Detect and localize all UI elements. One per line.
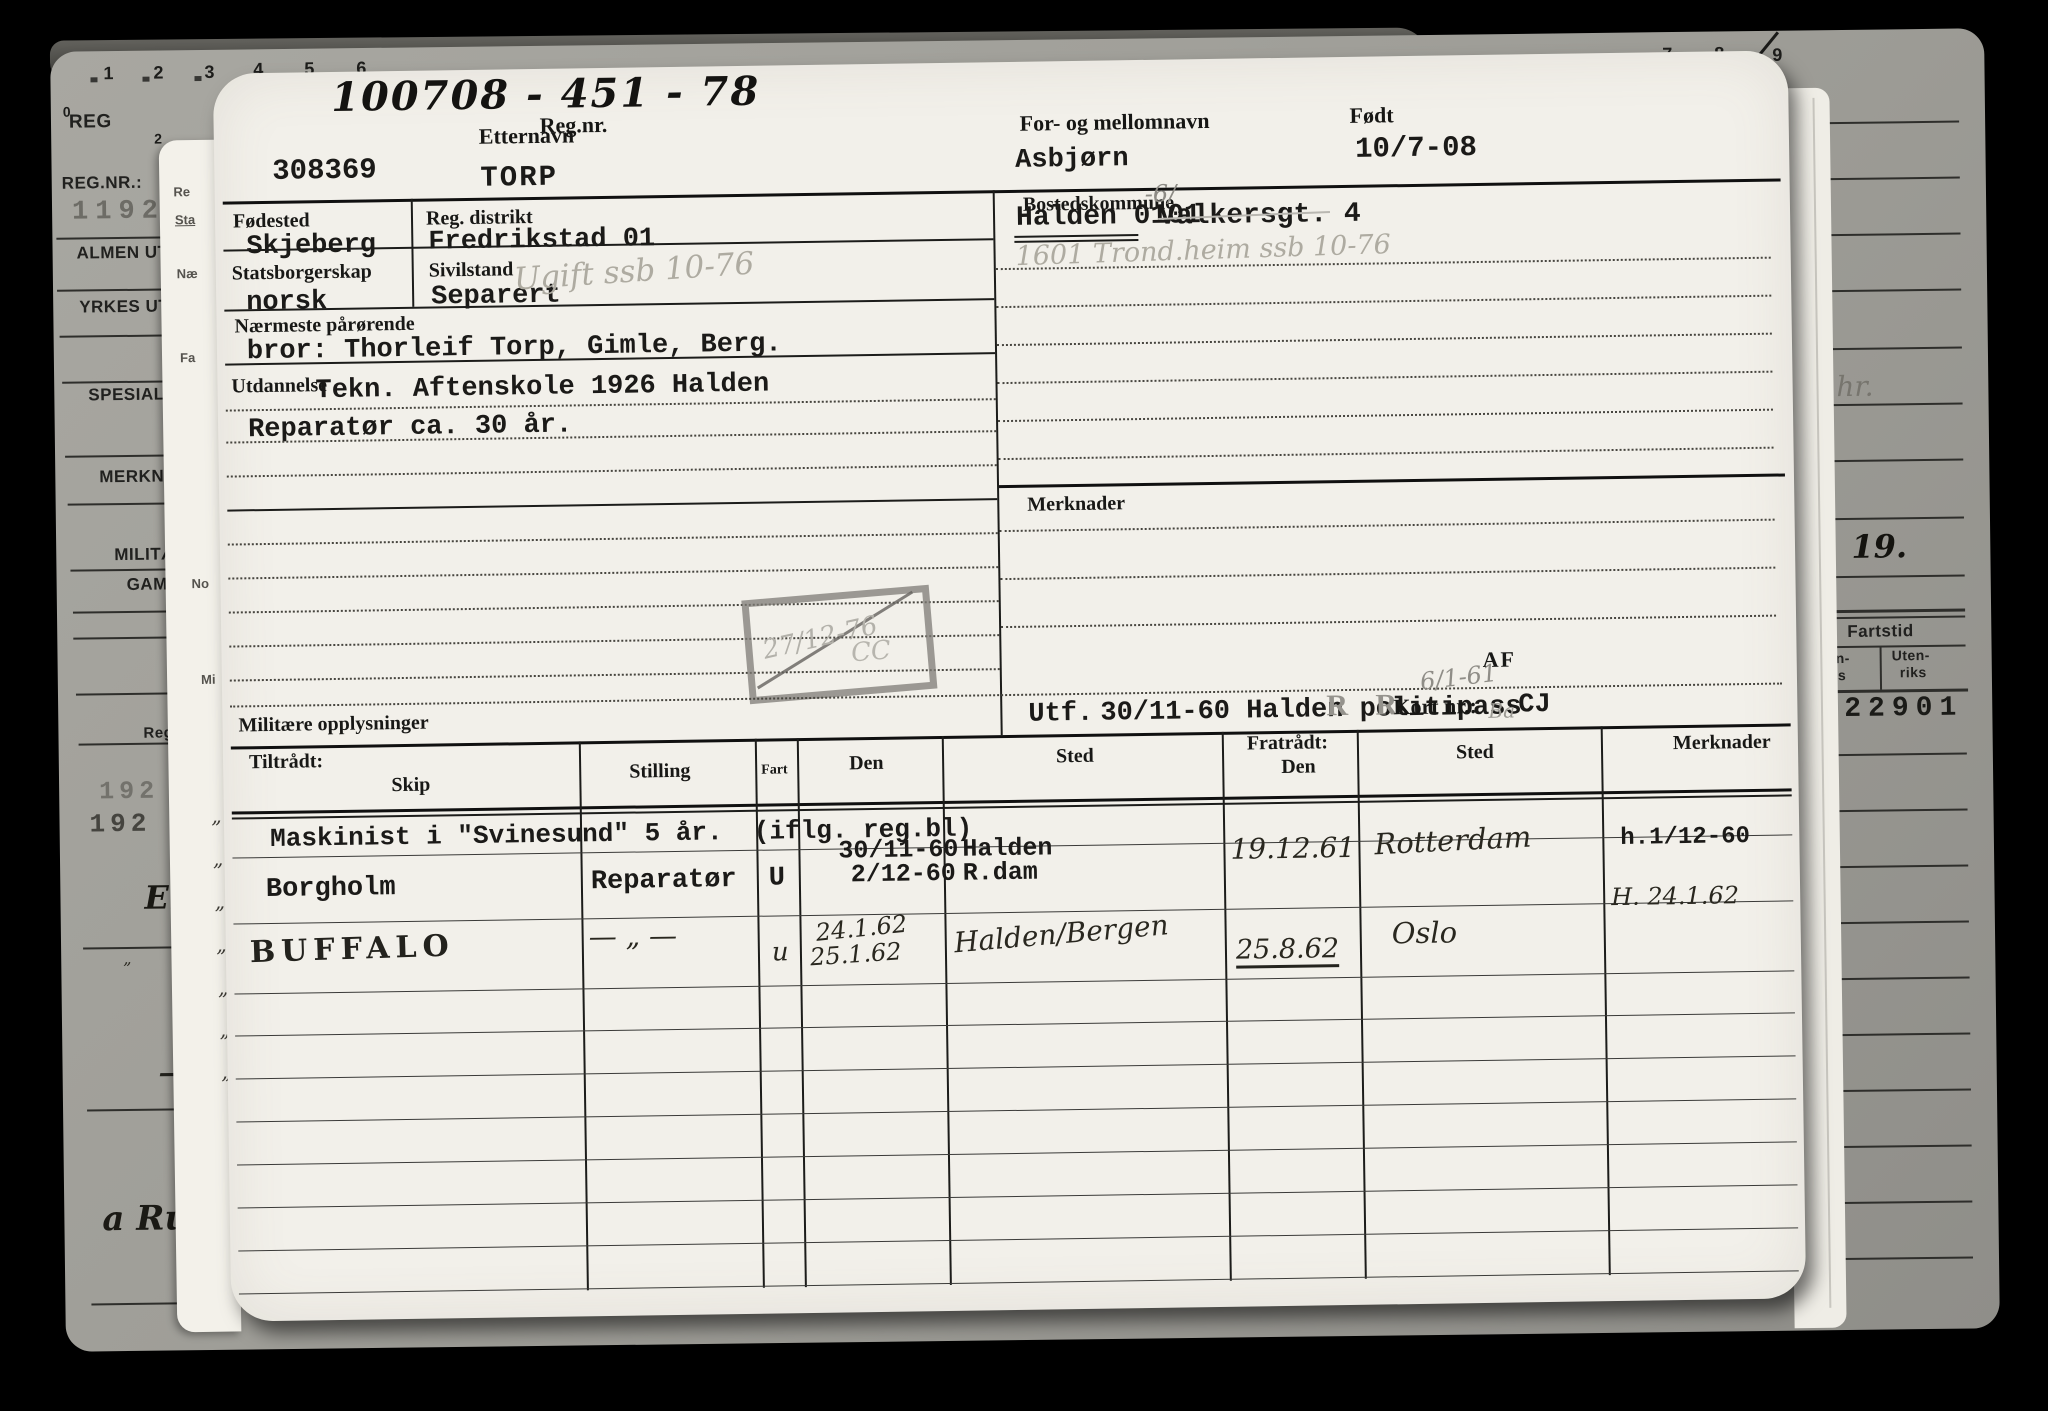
- rule: [238, 1227, 1798, 1251]
- table-cell-frasted: Oslo: [1391, 915, 1457, 950]
- rule: [1833, 616, 1965, 620]
- rule: [224, 298, 994, 311]
- rule: [1835, 575, 1965, 579]
- rule: [232, 788, 1792, 814]
- col-header-sted2: Sted: [1456, 741, 1494, 765]
- rule: [60, 334, 172, 337]
- sliver-label: Sta: [175, 212, 195, 227]
- ditto-mark: „: [213, 847, 224, 871]
- col-header-skip: Skip: [391, 774, 430, 798]
- ditto-mark: „: [123, 949, 132, 968]
- rule: [1840, 976, 1970, 980]
- table-cell-fart: u: [772, 937, 789, 967]
- utdannelse-line1: Tekn. Aftenskole 1926 Halden: [315, 370, 769, 407]
- rule: [1842, 1144, 1972, 1148]
- statsborgerskap-label: Statsborgerskap: [232, 260, 372, 285]
- table-cell-merknad-hw: H. 24.1.62: [1611, 881, 1739, 911]
- rule: [1833, 609, 1965, 614]
- rule: [237, 1141, 1797, 1165]
- col-header-sted: Sted: [1056, 745, 1094, 769]
- ruler-number: 1: [103, 63, 113, 84]
- pencil-date: 6/1-61: [1419, 659, 1499, 696]
- etternavn-label: Etternavn: [479, 122, 575, 149]
- fodested-value: Skjeberg: [246, 230, 376, 262]
- rule: [1838, 864, 1968, 868]
- rule: [227, 498, 997, 511]
- mellomnavn-value: Asbjørn: [1015, 144, 1129, 176]
- merknader-label: Merknader: [1027, 492, 1125, 516]
- rule: [1830, 177, 1960, 181]
- rule: [227, 464, 997, 477]
- table-cell-sted-b: R.dam: [963, 858, 1038, 888]
- rule: [1834, 517, 1964, 521]
- rule: [231, 723, 1791, 749]
- sliver-label: Re: [173, 184, 190, 199]
- rule: [228, 566, 998, 579]
- table-cell-fradato: 19.12.61: [1230, 831, 1355, 866]
- sivilstand-label: Sivilstand: [429, 258, 514, 282]
- sliver-label: No: [191, 576, 209, 591]
- utdannelse-label: Utdannelse: [231, 374, 327, 398]
- rule: [999, 473, 1785, 488]
- rule: [1830, 233, 1960, 237]
- rule: [1880, 648, 1883, 690]
- table-cell-stilling: Reparatør: [591, 865, 737, 897]
- rule: [56, 236, 170, 239]
- table-cell-stilling-ditto: — „ —: [588, 919, 677, 953]
- faint-number-stamp: 1192: [72, 196, 165, 227]
- rule: [1001, 615, 1776, 628]
- rule: [993, 190, 1003, 735]
- rule: [1832, 347, 1962, 351]
- table-cell-skip: Borgholm: [266, 873, 396, 905]
- rule: [1829, 121, 1959, 125]
- tiltradt-label: Tiltrådt:: [249, 750, 323, 774]
- rule: [1841, 1088, 1971, 1092]
- rule: [238, 1184, 1798, 1208]
- ditto-mark: „: [214, 890, 225, 914]
- table-cell-fradato: 25.8.62: [1236, 933, 1340, 969]
- sliver-label: Mi: [201, 672, 216, 687]
- grey-regnr-header: REG.NR.:: [62, 173, 143, 194]
- rule: [1000, 567, 1775, 580]
- rule: [1842, 1200, 1972, 1204]
- ruler-number: 2: [153, 62, 163, 83]
- ruler-number: 3: [204, 62, 214, 83]
- etternavn-value: TORP: [480, 161, 558, 195]
- ruler-small-mark: 2: [154, 131, 162, 147]
- stamp-pencil-initials: CC: [850, 635, 892, 668]
- innenriks-label: s: [1838, 667, 1846, 683]
- rule: [1839, 920, 1969, 924]
- rule: [1833, 459, 1963, 463]
- rule: [997, 333, 1772, 346]
- fratradt-label: Fratrådt:: [1247, 731, 1328, 755]
- ditto-mark: „: [211, 804, 222, 828]
- rule: [62, 380, 174, 383]
- fodt-value: 10/7-08: [1355, 131, 1477, 166]
- rule: [1840, 1032, 1970, 1036]
- utenriks-label: Uten-: [1892, 647, 1930, 663]
- rule: [1601, 726, 1611, 1275]
- rule: [1843, 1256, 1973, 1260]
- rule: [239, 1270, 1799, 1294]
- rule: [997, 371, 1772, 384]
- rule: [1837, 752, 1967, 756]
- table-cell-fart: U: [769, 863, 786, 893]
- fodested-label: Fødested: [233, 209, 310, 233]
- innenriks-label: n-: [1836, 650, 1850, 666]
- militaere-label: Militære opplysninger: [238, 712, 429, 738]
- number-stamp: 192: [89, 809, 151, 840]
- table-cell-skip: BUFFALO: [249, 928, 455, 970]
- regnr-value: 308369: [272, 153, 377, 188]
- table-cell-merknad: h.1/12-60: [1620, 823, 1750, 852]
- rule: [235, 1012, 1795, 1036]
- rule: [223, 179, 1781, 205]
- rule: [68, 502, 180, 505]
- rule: [999, 447, 1774, 460]
- rule: [998, 409, 1773, 422]
- rule: [1838, 808, 1968, 812]
- rule: [234, 970, 1794, 994]
- fodt-label: Født: [1349, 102, 1393, 129]
- scanned-register-card-page: { "colors": {"paper":"#f2f0ea","card_gre…: [0, 0, 2048, 1411]
- table-cell-sted-a: Halden/Bergen: [953, 908, 1170, 959]
- regdistrikt-value: Fredrikstad 01: [428, 224, 655, 257]
- col-header-den2: Den: [1281, 755, 1316, 779]
- kortnr-value: CJ: [1518, 690, 1551, 720]
- register-card: 100708 - 451 - 78 Reg.nr. 308369 Etterna…: [213, 50, 1806, 1321]
- rule: [228, 532, 998, 545]
- table-cell-den-b: 25.1.62: [809, 937, 902, 971]
- faint-number-stamp: 192: [99, 777, 159, 807]
- rule: [236, 1098, 1796, 1122]
- rule: [232, 794, 1792, 819]
- rule: [1831, 289, 1961, 293]
- sliver-label: Fa: [180, 350, 195, 365]
- utf-label: Utf.: [1028, 699, 1093, 730]
- cancellation-stamp: 27/12-76 CC: [741, 585, 937, 705]
- fartstid-label: Fartstid: [1847, 621, 1914, 642]
- rule: [996, 295, 1771, 308]
- card-edge-crease: [1812, 98, 1831, 1308]
- table-cell-den-b: 2/12-60: [851, 859, 956, 890]
- rule: [57, 288, 171, 291]
- utenriks-label: riks: [1900, 664, 1927, 680]
- col-header-den: Den: [849, 752, 884, 776]
- rule: [1833, 403, 1963, 407]
- mellomnavn-label: For- og mellomnavn: [1019, 108, 1209, 137]
- col-header-merknader: Merknader: [1673, 731, 1771, 755]
- rule: [1000, 519, 1775, 532]
- rule: [65, 454, 177, 457]
- handwriting-fragment: hr.: [1836, 370, 1874, 403]
- kortnr-label: Kort nr.:: [1393, 693, 1477, 720]
- sliver-label: Næ: [177, 266, 198, 281]
- rule: [236, 1055, 1796, 1079]
- rule: [1222, 732, 1232, 1281]
- pencil-annotation: Ba: [1488, 699, 1515, 723]
- card-number-stamp: 22901: [1844, 693, 1963, 725]
- handwriting-fragment: 19.: [1851, 527, 1907, 566]
- rule: [1357, 730, 1367, 1279]
- torn-card-reg-label: REG: [69, 111, 112, 134]
- col-header-stilling: Stilling: [629, 760, 690, 784]
- col-header-fart: Fart: [761, 762, 788, 778]
- rule: [411, 199, 415, 307]
- table-cell-frasted: Rotterdam: [1374, 820, 1532, 862]
